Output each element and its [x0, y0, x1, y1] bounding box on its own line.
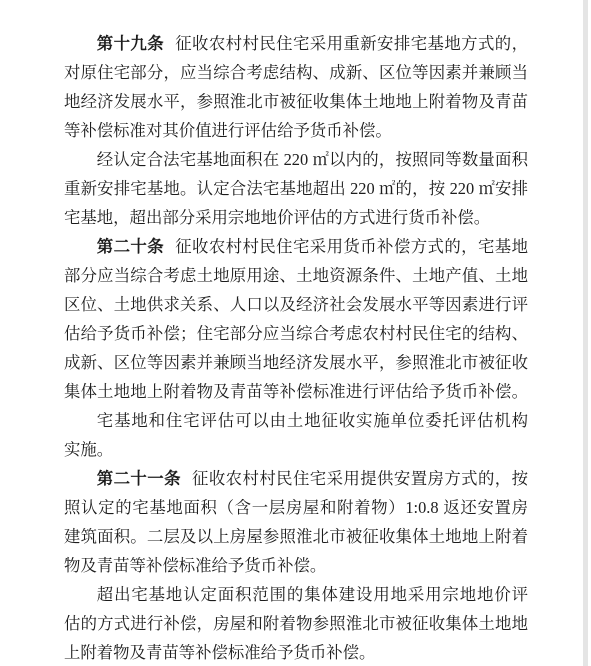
- text-line: 部分应当综合考虑土地原用途、土地资源条件、土地产值、土地: [64, 261, 528, 290]
- text-line: 物及青苗等补偿标准给予货币补偿。: [64, 551, 528, 580]
- text-line: 第二十条征收农村村民住宅采用货币补偿方式的，宅基地: [64, 232, 528, 261]
- line-text: 估的方式进行补偿，房屋和附着物参照淮北市被征收集体土地地: [64, 614, 528, 633]
- line-text: 征收农村村民住宅采用货币补偿方式的，宅基地: [175, 237, 528, 256]
- line-text: 集体土地地上附着物及青苗等补偿标准进行评估给予货币补偿。: [64, 382, 528, 401]
- text-line: 集体土地地上附着物及青苗等补偿标准进行评估给予货币补偿。: [64, 377, 528, 406]
- article-number: 第二十一条: [97, 469, 181, 488]
- text-line: 第二十一条征收农村村民住宅采用提供安置房方式的，按: [64, 464, 528, 493]
- text-line: 对原住宅部分，应当综合考虑结构、成新、区位等因素并兼顾当: [64, 58, 528, 87]
- article-number: 第十九条: [97, 34, 164, 53]
- text-line: 照认定的宅基地面积（含一层房屋和附着物）1:0.8 返还安置房: [64, 493, 528, 522]
- line-text: 物及青苗等补偿标准给予货币补偿。: [64, 556, 326, 575]
- line-text: 区位、土地供求关系、人口以及经济社会发展水平等因素进行评: [64, 295, 528, 314]
- text-line: 区位、土地供求关系、人口以及经济社会发展水平等因素进行评: [64, 290, 528, 319]
- line-text: 重新安排宅基地。认定合法宅基地超出 220 ㎡的，按 220 ㎡安排: [64, 179, 528, 198]
- line-text: 照认定的宅基地面积（含一层房屋和附着物）1:0.8 返还安置房: [64, 498, 528, 517]
- text-line: 地经济发展水平，参照淮北市被征收集体土地地上附着物及青苗: [64, 87, 528, 116]
- document-page: 第十九条征收农村村民住宅采用重新安排宅基地方式的， 对原住宅部分，应当综合考虑结…: [0, 0, 591, 666]
- text-line: 成新、区位等因素并兼顾当地经济发展水平，参照淮北市被征收: [64, 348, 528, 377]
- line-text: 宅基地，超出部分采用宗地地价评估的方式进行货币补偿。: [64, 208, 490, 227]
- line-text: 征收农村村民住宅采用重新安排宅基地方式的，: [175, 34, 528, 53]
- line-text: 超出宅基地认定面积范围的集体建设用地采用宗地地价评: [97, 585, 528, 604]
- line-text: 建筑面积。二层及以上房屋参照淮北市被征收集体土地地上附着: [64, 527, 528, 546]
- line-text: 对原住宅部分，应当综合考虑结构、成新、区位等因素并兼顾当: [64, 63, 528, 82]
- text-line: 重新安排宅基地。认定合法宅基地超出 220 ㎡的，按 220 ㎡安排: [64, 174, 528, 203]
- line-text: 部分应当综合考虑土地原用途、土地资源条件、土地产值、土地: [64, 266, 528, 285]
- page-edge-strip: [583, 0, 588, 666]
- text-line: 估给予货币补偿；住宅部分应当综合考虑农村村民住宅的结构、: [64, 319, 528, 348]
- text-line: 经认定合法宅基地面积在 220 ㎡以内的，按照同等数量面积: [64, 145, 528, 174]
- line-text: 上附着物及青苗等补偿标准给予货币补偿。: [64, 643, 375, 662]
- text-line: 宅基地，超出部分采用宗地地价评估的方式进行货币补偿。: [64, 203, 528, 232]
- line-text: 成新、区位等因素并兼顾当地经济发展水平，参照淮北市被征收: [64, 353, 528, 372]
- document-body: 第十九条征收农村村民住宅采用重新安排宅基地方式的， 对原住宅部分，应当综合考虑结…: [64, 29, 528, 666]
- line-text: 地经济发展水平，参照淮北市被征收集体土地地上附着物及青苗: [64, 92, 528, 111]
- line-text: 经认定合法宅基地面积在 220 ㎡以内的，按照同等数量面积: [97, 150, 528, 169]
- text-line: 等补偿标准对其价值进行评估给予货币补偿。: [64, 116, 528, 145]
- line-text: 宅基地和住宅评估可以由土地征收实施单位委托评估机构: [97, 411, 528, 430]
- text-line: 估的方式进行补偿，房屋和附着物参照淮北市被征收集体土地地: [64, 609, 528, 638]
- text-line: 实施。: [64, 435, 528, 464]
- text-line: 上附着物及青苗等补偿标准给予货币补偿。: [64, 638, 528, 666]
- text-line: 第十九条征收农村村民住宅采用重新安排宅基地方式的，: [64, 29, 528, 58]
- line-text: 实施。: [64, 440, 113, 459]
- text-line: 宅基地和住宅评估可以由土地征收实施单位委托评估机构: [64, 406, 528, 435]
- text-line: 建筑面积。二层及以上房屋参照淮北市被征收集体土地地上附着: [64, 522, 528, 551]
- line-text: 等补偿标准对其价值进行评估给予货币补偿。: [64, 121, 392, 140]
- line-text: 征收农村村民住宅采用提供安置房方式的，按: [192, 469, 528, 488]
- line-text: 估给予货币补偿；住宅部分应当综合考虑农村村民住宅的结构、: [64, 324, 528, 343]
- article-number: 第二十条: [97, 237, 164, 256]
- text-line: 超出宅基地认定面积范围的集体建设用地采用宗地地价评: [64, 580, 528, 609]
